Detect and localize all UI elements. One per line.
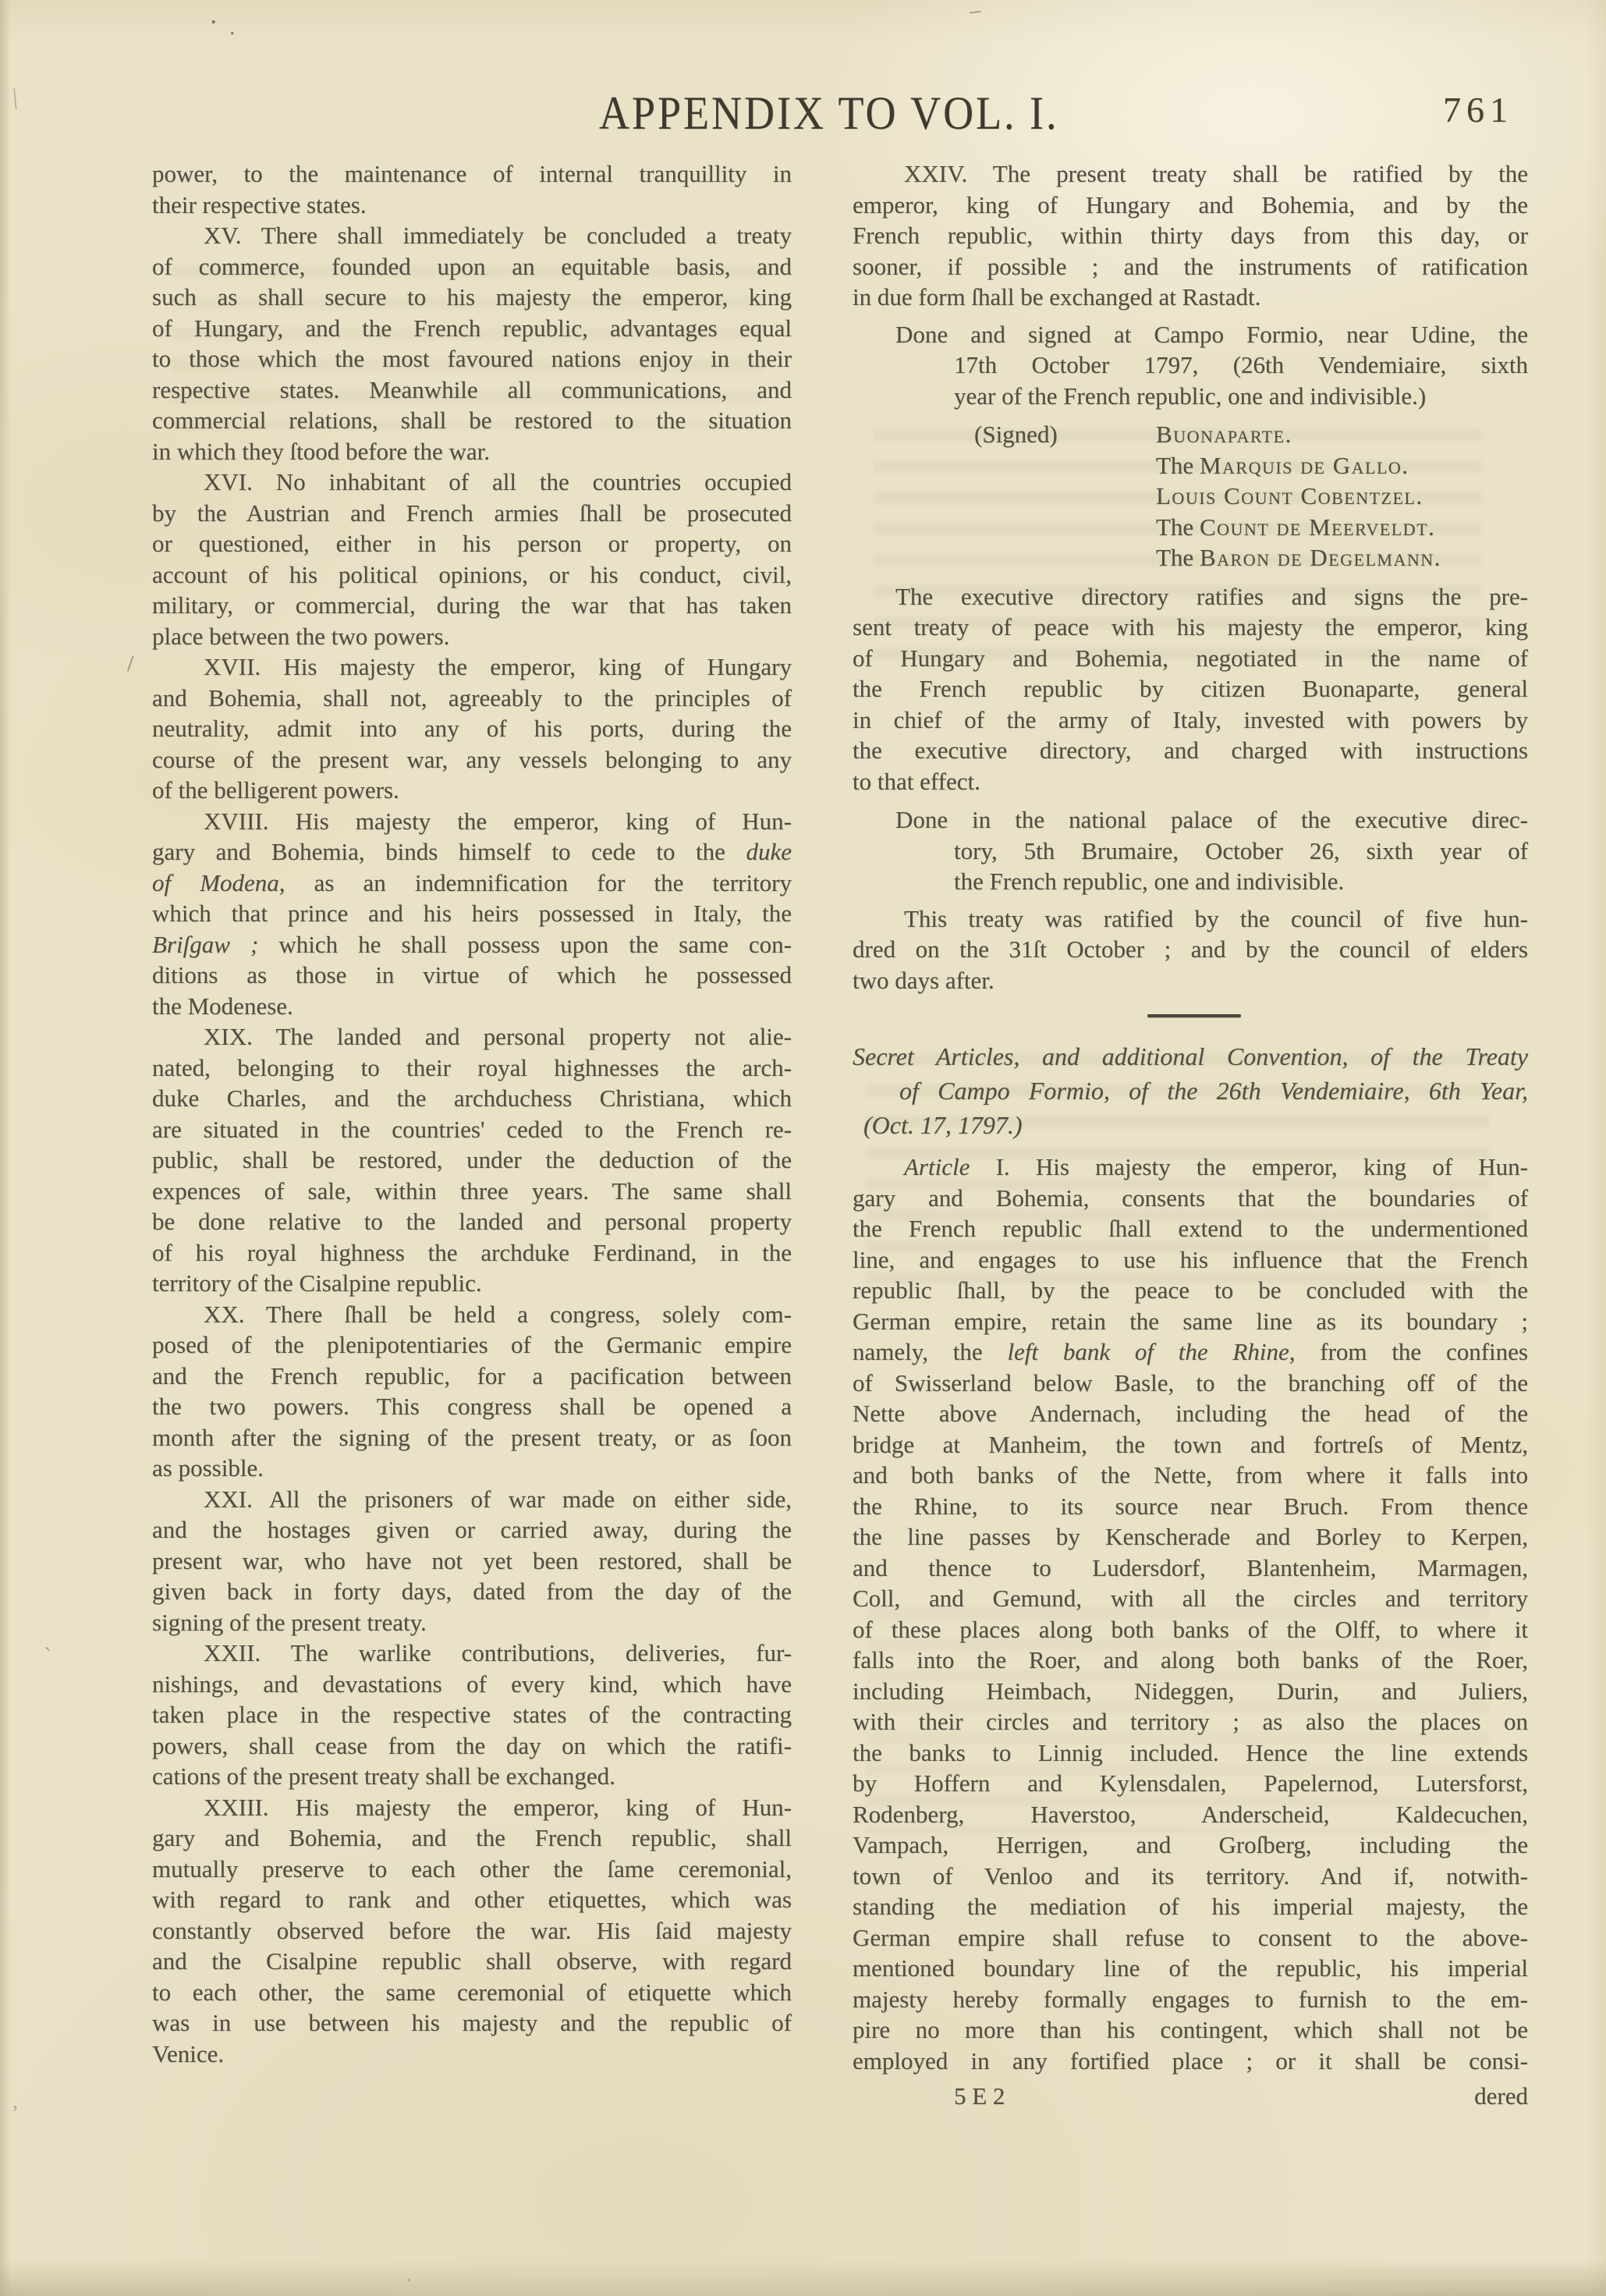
text-line: two days after. (853, 965, 1528, 996)
ink-speck: , (12, 2091, 18, 2113)
text-line: the French republic by citizen Buonapart… (853, 673, 1528, 704)
text-line: given back in forty days, dated from the… (152, 1576, 792, 1607)
text-line: German empire shall refuse to consent to… (853, 1922, 1528, 1954)
text-line: of Hungary, and the French republic, adv… (152, 313, 792, 344)
paragraph-gap (853, 995, 1528, 1014)
text-line: standing the mediation of his imperial m… (853, 1891, 1528, 1922)
text-line: power, to the maintenance of internal tr… (152, 158, 792, 190)
ink-speck: \ (8, 83, 23, 114)
text-line: namely, the left bank of the Rhine, from… (853, 1336, 1528, 1368)
text-line: are situated in the countries' ceded to … (152, 1114, 792, 1145)
text-line: mentioned boundary line of the republic,… (853, 1953, 1528, 1984)
text-line: of Modena, as an indemnification for the… (152, 868, 792, 899)
text-line: be done relative to the landed and perso… (152, 1206, 792, 1237)
text-line: to those which the most favoured nations… (152, 343, 792, 374)
text-line: respective states. Meanwhile all communi… (152, 374, 792, 406)
text-line: and the hostages given or carried away, … (152, 1514, 792, 1545)
text-line: to that effect. (853, 766, 1528, 797)
text-line: public, shall be restored, under the ded… (152, 1144, 792, 1176)
text-line: by the Austrian and French armies ſhall … (152, 498, 792, 529)
paragraph-gap (853, 313, 1528, 319)
text-line: tory, 5th Brumaire, October 26, sixth ye… (853, 836, 1528, 867)
text-line: 5 E 2dered (853, 2081, 1528, 2112)
text-line: of the belligerent powers. (152, 775, 792, 806)
text-line: Article I. His majesty the emperor, king… (853, 1152, 1528, 1183)
text-line: month after the signing of the present t… (152, 1422, 792, 1453)
text-line: the line passes by Kenscherade and Borle… (853, 1521, 1528, 1553)
text-line: XVIII. His majesty the emperor, king of … (152, 806, 792, 837)
text-line: the two powers. This congress shall be o… (152, 1391, 792, 1422)
text-line: majesty hereby formally engages to furni… (853, 1984, 1528, 2015)
text-line: was in use between his majesty and the r… (152, 2007, 792, 2039)
text-line: such as shall secure to his majesty the … (152, 282, 792, 313)
text-line: nishings, and devastations of every kind… (152, 1669, 792, 1700)
secret-articles-heading-line: (Oct. 17, 1797.) (853, 1108, 1528, 1142)
paragraph-gap (853, 797, 1528, 804)
paragraph-gap (853, 1017, 1528, 1039)
text-line: XXIII. His majesty the emperor, king of … (152, 1792, 792, 1823)
text-line: in which they ſtood before the war. (152, 436, 792, 467)
text-line: signing of the present treaty. (152, 1607, 792, 1638)
text-line: including Heimbach, Nideggen, Durin, and… (853, 1676, 1528, 1707)
text-line: place between the two powers. (152, 621, 792, 652)
text-line: present war, who have not yet been resto… (152, 1545, 792, 1577)
signature-mark: 5 E 2 (954, 2081, 1005, 2112)
scanned-book-page: APPENDIX TO VOL. I. 761 power, to the ma… (0, 0, 1606, 2296)
paragraph-gap (853, 897, 1528, 903)
text-line: falls into the Roer, and along both bank… (853, 1645, 1528, 1676)
text-line: gary and Bohemia, consents that the boun… (853, 1183, 1528, 1214)
ink-speck: · (209, 9, 218, 36)
ink-speck: . (229, 16, 236, 39)
text-line: and the French republic, for a pacificat… (152, 1361, 792, 1392)
text-line: XV. There shall immediately be concluded… (152, 220, 792, 251)
text-line: of Swisserland below Basle, to the branc… (853, 1368, 1528, 1399)
text-line: of these places along both banks of the … (853, 1614, 1528, 1645)
text-line: emperor, king of Hungary and Bohemia, an… (853, 190, 1528, 221)
ink-speck: · (406, 2270, 413, 2291)
text-line: or questioned, either in his person or p… (152, 528, 792, 559)
text-line: XIX. The landed and personal property no… (152, 1021, 792, 1052)
text-line: German empire, retain the same line as i… (853, 1306, 1528, 1337)
text-line: of commerce, founded upon an equitable b… (152, 251, 792, 282)
text-line: the Modenese. (152, 991, 792, 1022)
text-line: employed in any fortified place ; or it … (853, 2046, 1528, 2077)
text-line: XXII. The warlike contributions, deliver… (152, 1638, 792, 1669)
text-line: Coll, and Gemund, with all the circles a… (853, 1583, 1528, 1614)
text-line: expences of sale, within three years. Th… (152, 1176, 792, 1207)
text-line: Done in the national palace of the execu… (853, 804, 1528, 836)
text-line: The executive directory ratifies and sig… (853, 581, 1528, 612)
text-line: Vampach, Herrigen, and Groſberg, includi… (853, 1829, 1528, 1861)
text-line: dred on the 31ſt October ; and by the co… (853, 934, 1528, 965)
text-line: 17th October 1797, (26th Vendemiaire, si… (853, 350, 1528, 381)
text-line: pire no more than his contingent, which … (853, 2014, 1528, 2046)
page-title: APPENDIX TO VOL. I. (599, 86, 1059, 140)
text-line: French republic, within thirty days from… (853, 220, 1528, 251)
secret-articles-heading-line: of Campo Formio, of the 26th Vendemiaire… (853, 1073, 1528, 1108)
left-text-column: power, to the maintenance of internal tr… (152, 158, 792, 2069)
text-line: the banks to Linnig included. Hence the … (853, 1737, 1528, 1769)
text-line: military, or commercial, during the war … (152, 590, 792, 621)
text-line: sent treaty of peace with his majesty th… (853, 612, 1528, 643)
text-line: which that prince and his heirs possesse… (152, 898, 792, 929)
text-line: course of the present war, any vessels b… (152, 744, 792, 775)
text-line: as possible. (152, 1453, 792, 1484)
text-line: of his royal highness the archduke Ferdi… (152, 1237, 792, 1269)
text-line: XVI. No inhabitant of all the countries … (152, 467, 792, 498)
text-line: gary and Bohemia, and the French republi… (152, 1822, 792, 1854)
text-line: with their circles and territory ; as al… (853, 1706, 1528, 1737)
text-line: with regard to rank and other etiquettes… (152, 1884, 792, 1915)
text-line: sooner, if possible ; and the instrument… (853, 251, 1528, 282)
signature-line: Louis Count Cobentzel. (853, 481, 1528, 512)
signature-line: The Count de Meerveldt. (853, 512, 1528, 543)
text-line: neutrality, admit into any of his ports,… (152, 713, 792, 744)
text-line: year of the French republic, one and ind… (853, 381, 1528, 412)
text-line: posed of the plenipotentiaries of the Ge… (152, 1329, 792, 1361)
text-line: This treaty was ratified by the council … (853, 903, 1528, 935)
text-line: gary and Bohemia, binds himself to cede … (152, 836, 792, 868)
text-line: line, and engages to use his influence t… (853, 1244, 1528, 1276)
catchword: dered (1474, 2081, 1528, 2112)
text-line: to each other, the same ceremonial of et… (152, 1977, 792, 2008)
text-line: account of his political opinions, or hi… (152, 559, 792, 591)
text-line: Rodenberg, Haverstoo, Anderscheid, Kalde… (853, 1799, 1528, 1830)
text-line: the Rhine, to its source near Bruch. Fro… (853, 1491, 1528, 1522)
text-line: bridge at Manheim, the town and fortreſs… (853, 1429, 1528, 1460)
text-line: territory of the Cisalpine republic. (152, 1268, 792, 1299)
ink-speck: – (968, 0, 982, 23)
text-line: town of Venloo and its territory. And if… (853, 1861, 1528, 1892)
text-line: XX. There ſhall be held a congress, sole… (152, 1299, 792, 1330)
text-line: mutually preserve to each other the ſame… (152, 1854, 792, 1885)
text-line: cations of the present treaty shall be e… (152, 1761, 792, 1792)
text-line: duke Charles, and the archduchess Christ… (152, 1083, 792, 1114)
text-line: and Bohemia, shall not, agreeably to the… (152, 683, 792, 714)
text-line: and the Cisalpine republic shall observe… (152, 1946, 792, 1977)
paragraph-gap (853, 1142, 1528, 1152)
signature-line: (Signed)Buonaparte. (853, 419, 1528, 450)
paragraph-gap (853, 573, 1528, 581)
text-line: the French republic ſhall extend to the … (853, 1213, 1528, 1244)
ink-speck: / (127, 652, 133, 676)
text-line: XXIV. The present treaty shall be ratifi… (853, 158, 1528, 190)
text-line: ditions as those in virtue of which he p… (152, 960, 792, 991)
secret-articles-heading-line: Secret Articles, and additional Conventi… (853, 1039, 1528, 1073)
signature-line: The Marquis de Gallo. (853, 450, 1528, 481)
text-line: nated, belonging to their royal highness… (152, 1052, 792, 1084)
paragraph-gap (853, 411, 1528, 419)
text-line: the executive directory, and charged wit… (853, 735, 1528, 766)
text-line: the French republic, one and indivisible… (853, 866, 1528, 897)
page-number: 761 (1443, 89, 1513, 130)
text-line: taken place in the respective states of … (152, 1699, 792, 1730)
text-line: their respective states. (152, 190, 792, 221)
text-line: of Hungary and Bohemia, negotiated in th… (853, 643, 1528, 674)
text-line: in due form ſhall be exchanged at Rastad… (853, 282, 1528, 313)
right-text-column: XXIV. The present treaty shall be ratifi… (853, 158, 1528, 2112)
signature-line: The Baron de Degelmann. (853, 542, 1528, 573)
text-line: and both banks of the Nette, from where … (853, 1460, 1528, 1491)
ink-speck: ` (44, 1645, 51, 1668)
text-line: in chief of the army of Italy, invested … (853, 704, 1528, 736)
text-line: powers, shall cease from the day on whic… (152, 1730, 792, 1762)
text-line: republic ſhall, by the peace to be concl… (853, 1275, 1528, 1306)
text-line: by Hoffern and Kylensdalen, Papelernod, … (853, 1768, 1528, 1799)
text-line: commercial relations, shall be restored … (152, 405, 792, 436)
text-line: Nette above Andernach, including the hea… (853, 1398, 1528, 1429)
text-line: Briſgaw ; which he shall possess upon th… (152, 929, 792, 960)
text-line: constantly observed before the war. His … (152, 1915, 792, 1946)
text-line: XVII. His majesty the emperor, king of H… (152, 651, 792, 683)
text-line: Venice. (152, 2039, 792, 2070)
text-line: XXI. All the prisoners of war made on ei… (152, 1484, 792, 1515)
text-line: Done and signed at Campo Formio, near Ud… (853, 319, 1528, 350)
text-line: and thence to Ludersdorf, Blantenheim, M… (853, 1553, 1528, 1584)
